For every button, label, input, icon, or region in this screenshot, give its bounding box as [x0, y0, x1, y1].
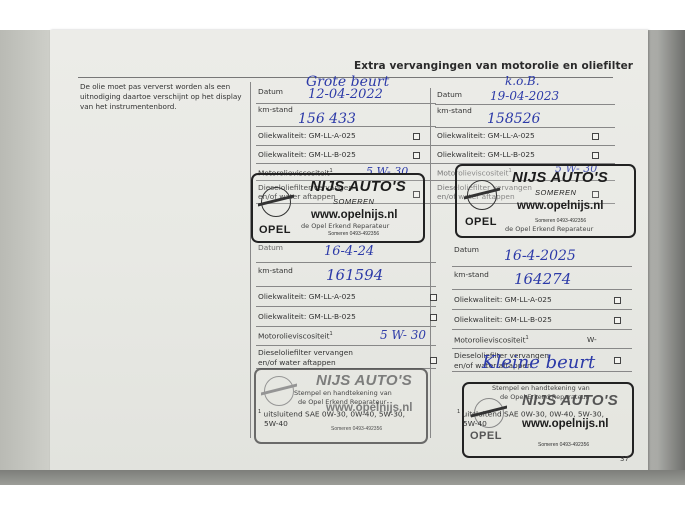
date-label: Datum	[454, 245, 479, 254]
stamp-dealer-name: NIJS AUTO'S	[512, 169, 608, 186]
date-value: 16-4-24	[324, 244, 374, 259]
stamp-brand: OPEL	[259, 224, 291, 236]
oil-quality-a-row: Oliekwaliteit: GM-LL-A-025	[256, 127, 436, 146]
stamp-sign-label-2: de Opel Erkend Reparateur	[301, 222, 389, 230]
oil-quality-b-label: Oliekwaliteit: GM-LL-B-025	[437, 150, 535, 159]
diesel-filter-label-1: Dieseloliefilter vervangen	[258, 348, 353, 357]
stamp-sign-label-2: de Opel Erkend Reparateur	[298, 398, 386, 406]
footnote-marker: 1	[457, 409, 460, 415]
date-value: 19-04-2023	[490, 89, 559, 103]
viscosity-label-text: Motorolieviscositeit	[454, 335, 526, 344]
oil-quality-a-checkbox[interactable]	[430, 294, 437, 301]
stamp-city: SOMEREN	[535, 188, 576, 197]
stamp-dealer-name: NIJS AUTO'S	[310, 178, 406, 195]
viscosity-suffix: W-	[587, 335, 597, 344]
page-title: Extra vervangingen van motorolie en olie…	[354, 60, 633, 72]
oil-quality-a-checkbox[interactable]	[614, 297, 621, 304]
viscosity-label: Motorolieviscositeit1	[258, 331, 333, 340]
stamp-sign-label-1: Stempel en handtekening van	[492, 384, 590, 392]
oil-quality-a-row: Oliekwaliteit: GM-LL-A-025	[452, 290, 632, 310]
footnote-ref: 1	[330, 331, 333, 337]
footnote-line-1: uitsluitend SAE 0W-30, 0W-40, 5W-30,	[463, 409, 604, 418]
viscosity-row: Motorolieviscositeit1 W-	[452, 330, 632, 349]
opel-logo-icon	[467, 180, 497, 210]
date-label: Datum	[437, 90, 462, 99]
oil-quality-b-checkbox[interactable]	[430, 314, 437, 321]
stamp-phone: Someren 0493-492356	[328, 231, 379, 237]
viscosity-label-text: Motorolieviscositeit	[258, 331, 330, 340]
km-label: km-stand	[437, 106, 472, 115]
oil-quality-a-row: Oliekwaliteit: GM-LL-A-025	[256, 287, 436, 307]
footnote-marker: 1	[258, 409, 261, 415]
opel-logo-icon	[264, 376, 294, 406]
service-record-4: Datum 16-4-2025 km-stand 164274 Oliekwal…	[452, 244, 634, 404]
km-row: km-stand 158526	[435, 105, 615, 128]
stamp-sign-label-2: de Opel Erkend Reparateur	[505, 225, 593, 233]
oil-quality-b-label: Oliekwaliteit: GM-LL-B-025	[258, 150, 356, 159]
date-label: Datum	[258, 243, 283, 252]
footnote: 1 uitsluitend SAE 0W-30, 0W-40, 5W-30, 5…	[457, 407, 604, 429]
dealer-stamp: NIJS AUTO'S www.opelnijs.nl Someren 0493…	[254, 368, 428, 444]
oil-quality-a-label: Oliekwaliteit: GM-LL-A-025	[258, 131, 356, 140]
stamp-city: SOMEREN	[333, 197, 374, 206]
diesel-filter-checkbox[interactable]	[430, 357, 437, 364]
footnote-ref: 1	[526, 335, 529, 341]
km-label: km-stand	[258, 105, 293, 114]
oil-quality-b-row: Oliekwaliteit: GM-LL-B-025	[452, 310, 632, 330]
stamp-dealer-name: NIJS AUTO'S	[316, 372, 412, 389]
km-label: km-stand	[454, 270, 489, 279]
km-value: 161594	[326, 266, 383, 284]
oil-quality-a-row: Oliekwaliteit: GM-LL-A-025	[435, 128, 615, 146]
km-row: km-stand 161594	[256, 263, 436, 287]
oil-quality-b-checkbox[interactable]	[592, 152, 599, 159]
date-label: Datum	[258, 87, 283, 96]
handwritten-annotation: Kleine beurt	[482, 352, 595, 373]
km-value: 156 433	[298, 111, 356, 127]
intro-text: De olie moet pas ververst worden als een…	[80, 82, 250, 112]
date-row: Datum 19-04-2023	[435, 86, 615, 105]
oil-quality-b-row: Oliekwaliteit: GM-LL-B-025	[256, 146, 436, 164]
column-divider	[250, 82, 251, 438]
oil-quality-b-row: Oliekwaliteit: GM-LL-B-025	[256, 307, 436, 327]
date-row: Datum 16-4-2025	[452, 244, 632, 267]
stamp-sign-label-2: de Opel Erkend Reparateur	[500, 393, 588, 401]
stamp-brand: OPEL	[470, 430, 502, 442]
date-value: 12-04-2022	[308, 87, 383, 102]
viscosity-value: 5 W- 30	[380, 328, 426, 342]
viscosity-label: Motorolieviscositeit1	[454, 335, 529, 344]
diesel-filter-checkbox[interactable]	[614, 357, 621, 364]
viscosity-row: Motorolieviscositeit1 5 W- 30	[256, 327, 436, 346]
oil-quality-a-checkbox[interactable]	[413, 133, 420, 140]
oil-quality-b-label: Oliekwaliteit: GM-LL-B-025	[454, 315, 552, 324]
km-label: km-stand	[258, 266, 293, 275]
stamp-phone: Someren 0493-492356	[535, 218, 586, 224]
date-row: Datum 12-04-2022	[256, 80, 436, 104]
oil-quality-a-label: Oliekwaliteit: GM-LL-A-025	[258, 292, 356, 301]
km-value: 158526	[487, 111, 540, 127]
stamp-sign-label-1: Stempel en handtekening van	[294, 389, 392, 397]
dealer-stamp: NIJS AUTO'S SOMEREN www.opelnijs.nl OPEL…	[455, 164, 636, 238]
km-row: km-stand 156 433	[256, 104, 436, 127]
stamp-phone: Someren 0493-492356	[538, 442, 589, 448]
page-number: 37	[620, 455, 629, 463]
opel-logo-icon	[261, 187, 291, 217]
oil-quality-b-checkbox[interactable]	[614, 317, 621, 324]
footnote-line-2: 5W-40	[258, 419, 288, 428]
oil-quality-a-checkbox[interactable]	[592, 133, 599, 140]
km-row: km-stand 164274	[452, 267, 632, 290]
dealer-stamp: NIJS AUTO'S SOMEREN www.opelnijs.nl OPEL…	[251, 173, 425, 243]
stamp-website: www.opelnijs.nl	[311, 209, 397, 221]
footnote-line-2: 5W-40	[457, 419, 487, 428]
oil-quality-a-label: Oliekwaliteit: GM-LL-A-025	[454, 295, 552, 304]
footnote-line-1: uitsluitend SAE 0W-30, 0W-40, 5W-30,	[264, 409, 405, 418]
stamp-brand: OPEL	[465, 216, 497, 228]
footnote: 1 uitsluitend SAE 0W-30, 0W-40, 5W-30, 5…	[258, 407, 405, 429]
stamp-website: www.opelnijs.nl	[517, 200, 603, 212]
oil-quality-b-label: Oliekwaliteit: GM-LL-B-025	[258, 312, 356, 321]
diesel-filter-label-2: en/of water aftappen	[258, 358, 336, 367]
date-row: Datum 16-4-24	[256, 242, 436, 263]
diesel-filter-row: Dieseloliefilter vervangen en/of water a…	[256, 346, 436, 369]
oil-quality-a-label: Oliekwaliteit: GM-LL-A-025	[437, 131, 535, 140]
date-value: 16-4-2025	[504, 248, 576, 264]
oil-quality-b-checkbox[interactable]	[413, 152, 420, 159]
km-value: 164274	[514, 270, 571, 288]
photo-shadow	[0, 470, 685, 485]
